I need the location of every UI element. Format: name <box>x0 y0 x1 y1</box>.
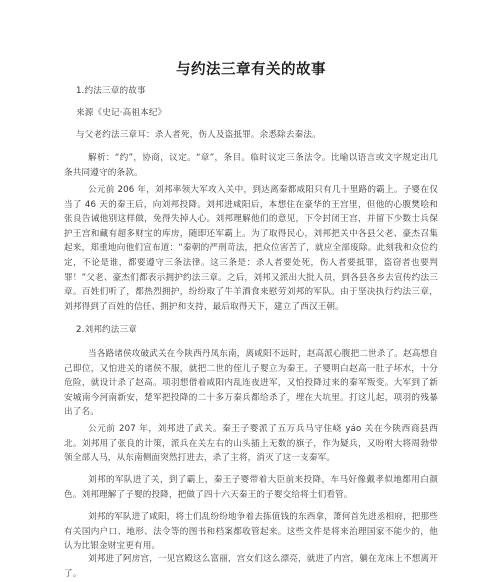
story-paragraph-6: 刘邦进了阿房宫，一见宫殿这么富丽，宫女们这么漂亮，就进了内宫，躺在龙床上不想离开… <box>64 552 438 581</box>
story-paragraph-3: 公元前 207 年，刘邦进了武关。秦王子婴派了五万兵马守住峣 yáo 关在今陕西… <box>64 422 438 466</box>
story-paragraph-4: 刘邦的军队进了关，到了霸上，秦王子婴带着大臣前来投降，车马好像戴孝似地都用白颜色… <box>64 473 438 502</box>
section-heading-2: 2.刘邦约法三章 <box>76 323 450 338</box>
story-paragraph-5: 刘邦的军队进了咸阳，将士们乱纷纷地争着去拣值钱的东西拿，萧何首先进丞相府，把那些… <box>64 510 438 554</box>
story-paragraph-1: 公元前 206 年，刘邦率领大军攻入关中，到达离秦都咸阳只有几十里路的霸上。子婴… <box>64 183 438 314</box>
quote-line: 与父老约法三章耳：杀人者死，伤人及盗抵罪。余悉除去秦法。 <box>76 128 450 143</box>
section-heading-1: 1.约法三章的故事 <box>76 84 450 99</box>
analysis-paragraph: 解析：“约”，协商，议定。“章”，条目。临时议定三条法令。比喻以语言或文字规定出… <box>64 151 438 180</box>
story-paragraph-2: 当各路诸侯攻破武关在今陕西丹凤东南，离咸阳不远时，赵高派心腹把二世杀了。赵高想自… <box>64 347 438 420</box>
source-line: 来源《史记·高祖本纪》 <box>76 106 450 121</box>
document-title: 与约法三章有关的故事 <box>64 58 438 79</box>
